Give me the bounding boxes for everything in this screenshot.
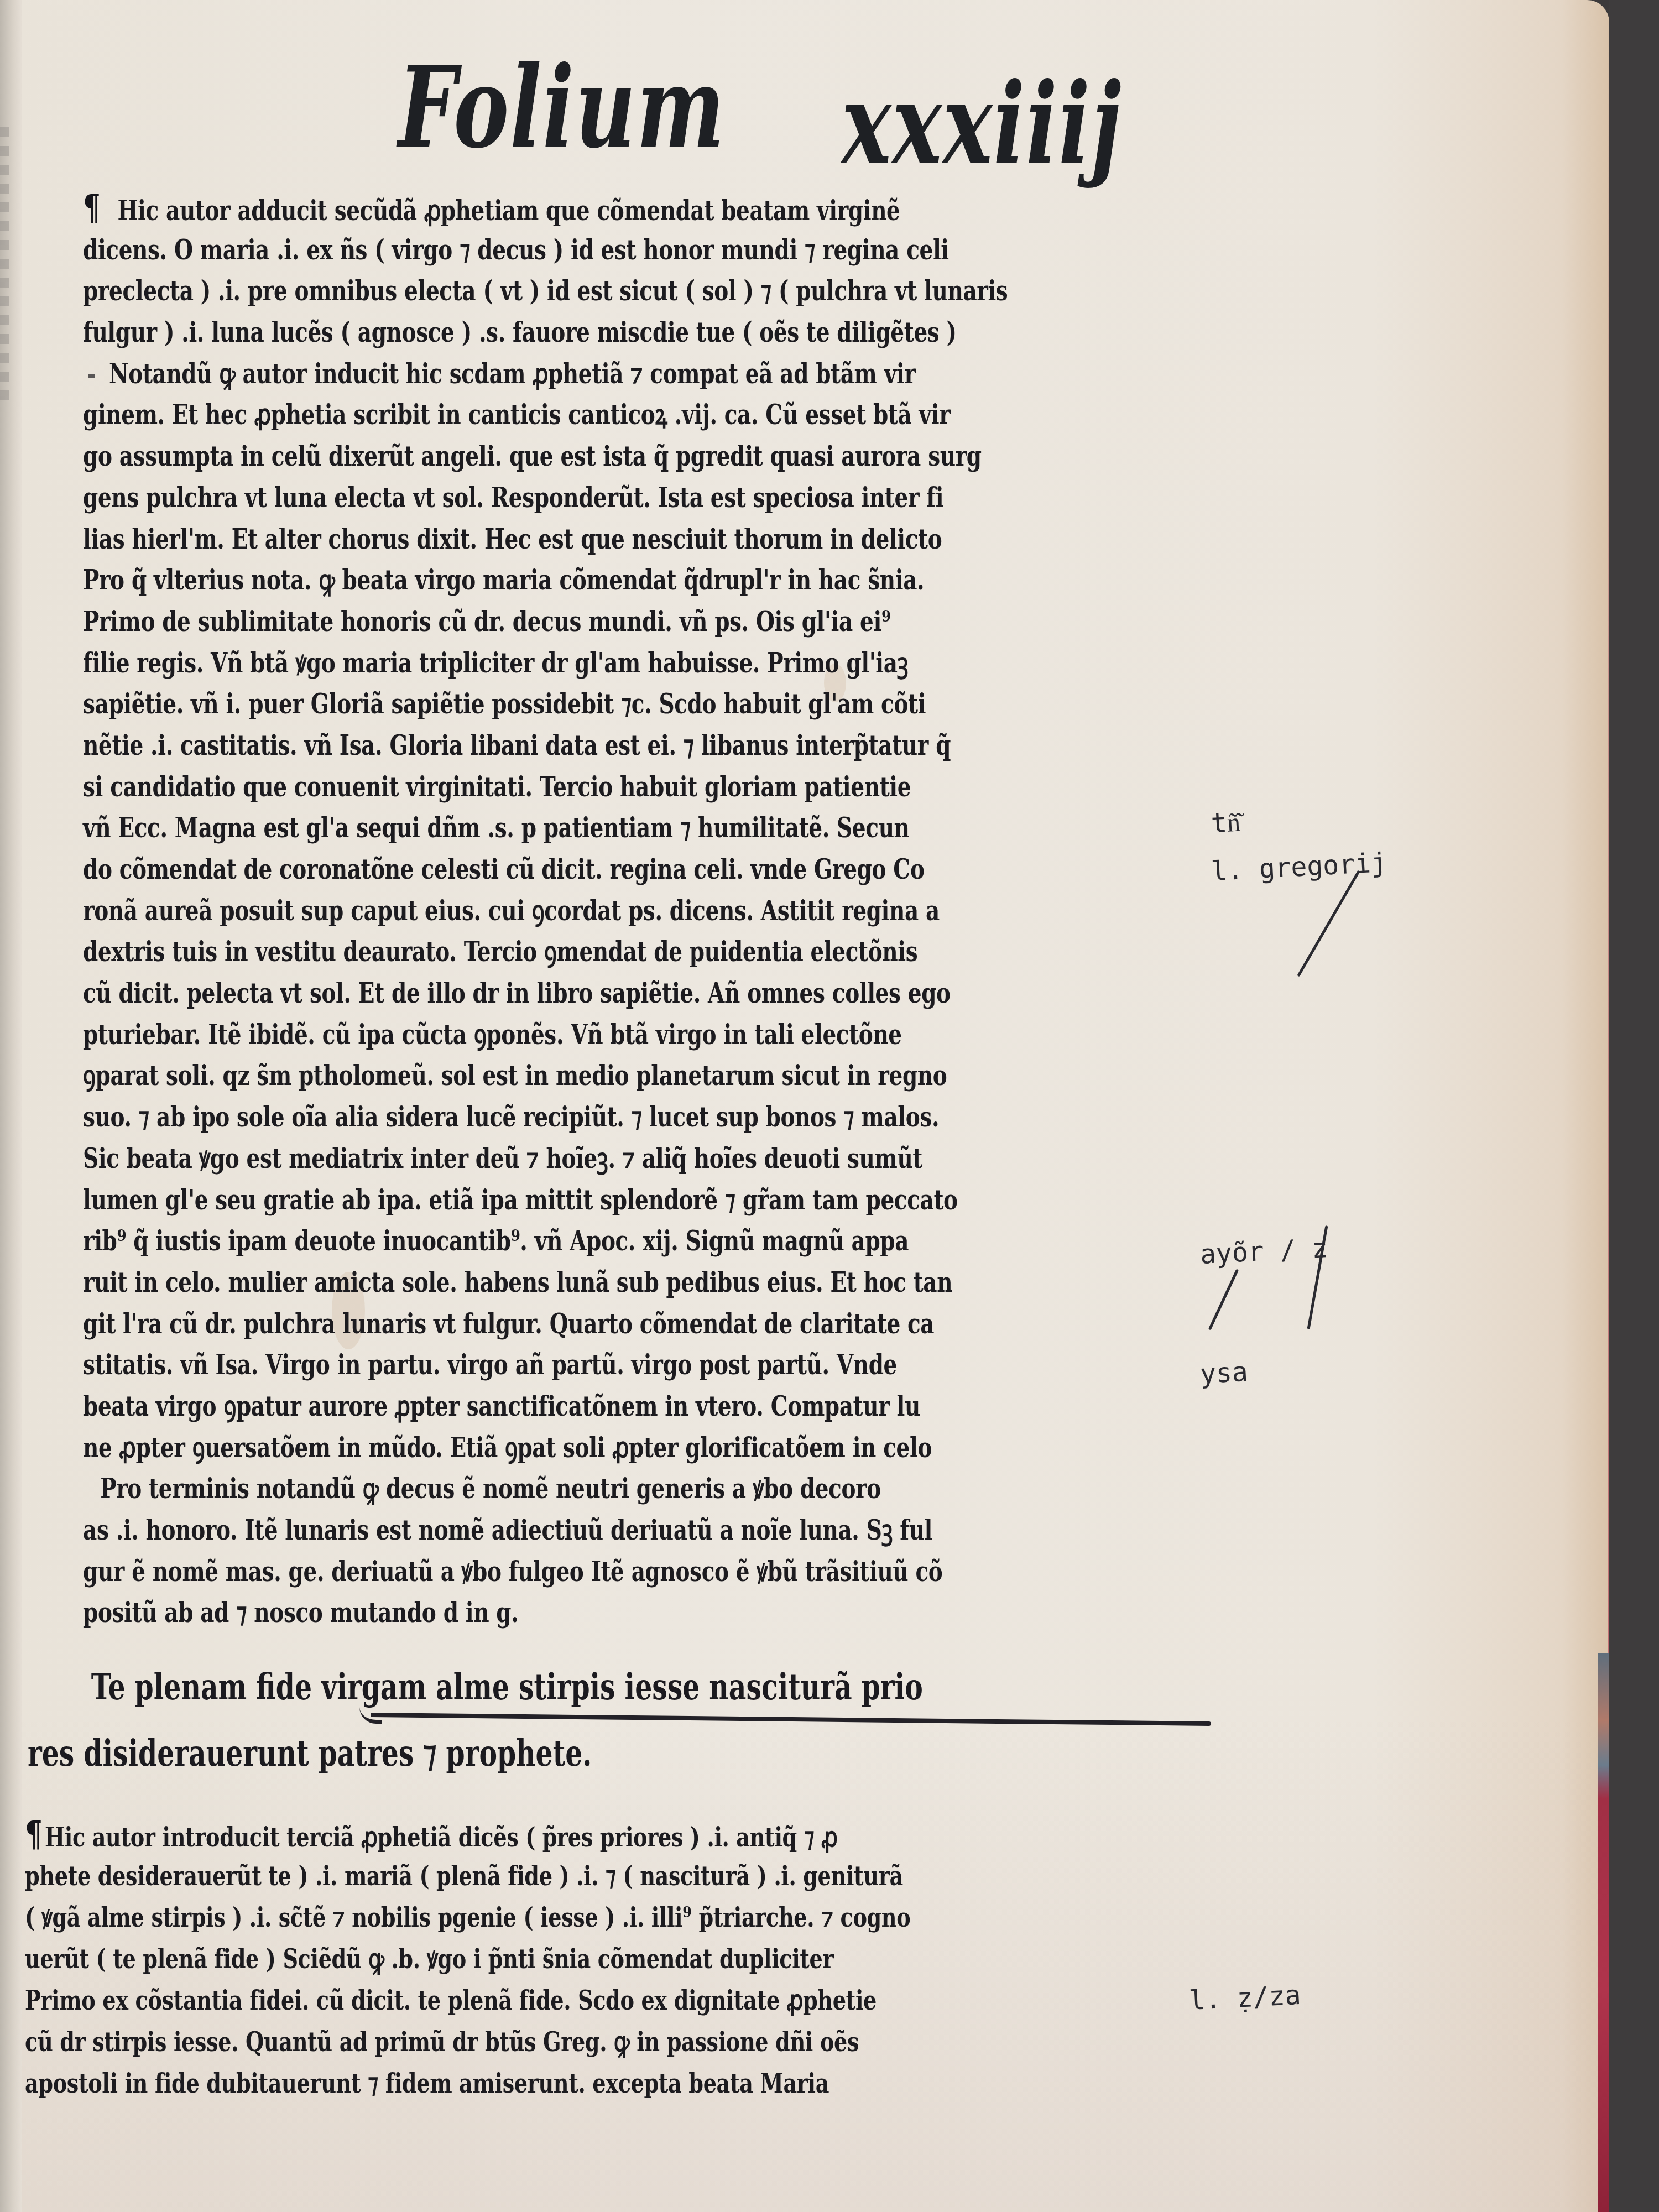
text-line: apostoli in fide dubitauerunt ⁊ fidem am… xyxy=(25,2063,931,2104)
folio-number: xxxiiij xyxy=(842,69,1123,181)
text-line: gur ẽ nomẽ mas. ge. deriuatũ a ꝟbo fulge… xyxy=(83,1551,946,1593)
verse-line: res disiderauerunt patres ⁊ prophete. xyxy=(28,1720,887,1786)
text-line: preclecta ) .i. pre omnibus electa ( vt … xyxy=(83,270,946,312)
text-line: go assumpta in celũ dixerũt angeli. que … xyxy=(83,436,946,477)
text-line: gens pulchra vt luna electa vt sol. Resp… xyxy=(83,477,946,519)
text-line: rib⁹ q̃ iustis ipam deuote inuocantib⁹. … xyxy=(83,1220,946,1262)
text-line: ( ꝟgã alme stirpis ) .i. sc̃tẽ ⁊ nobilis… xyxy=(25,1897,931,1938)
text-line: uerũt ( te plenã fide ) Sciẽdũ ꝙ .b. ꝟgo… xyxy=(25,1938,931,1980)
commentary-block-1: ¶Hic autor adducit secũdã ꝓphetiam que c… xyxy=(83,188,1189,1634)
text-line: suo. ⁊ ab ipo sole oĩa alia sidera lucẽ … xyxy=(83,1097,946,1138)
text-line: vñ Ecc. Magna est gl'a sequi dñm .s. p p… xyxy=(83,807,946,849)
text-line: ¶Hic autor introducit terciã ꝓphetiã dic… xyxy=(25,1814,931,1855)
text-line: Sic beata ꝟgo est mediatrix inter deũ ⁊ … xyxy=(83,1138,946,1180)
text-line: Primo ex cõstantia fidei. cũ dicit. te p… xyxy=(25,1980,931,2021)
text-line: lumen gl'e seu gratie ab ipa. etiã ipa m… xyxy=(83,1180,946,1221)
text-line: si candidatio que conuenit virginitati. … xyxy=(83,766,946,808)
text-line: git l'ra cũ dr. pulchra lunaris vt fulgu… xyxy=(83,1303,946,1345)
pilcrow-icon: ¶ xyxy=(25,1814,42,1855)
dark-background xyxy=(1609,0,1659,2212)
text-line: Pro terminis notandũ ꝙ decus ẽ nomẽ neut… xyxy=(83,1468,946,1510)
marginal-note-3: ysa xyxy=(1199,1357,1249,1390)
margin-dash-mark: - xyxy=(87,357,96,390)
marginal-note-4: l. ẓ/za xyxy=(1188,1980,1302,2017)
text-line: dicens. O maria .i. ex ñs ( virgo ⁊ decu… xyxy=(83,229,946,271)
text-line: ¶Hic autor adducit secũdã ꝓphetiam que c… xyxy=(83,188,946,229)
text-line: positũ ab ad ⁊ nosco mutando d in g. xyxy=(83,1592,946,1634)
text-line: -Notandũ ꝙ autor inducit hic scdam ꝓphet… xyxy=(83,353,946,395)
text-line: pturiebar. Itẽ ibidẽ. cũ ipa cũcta ꝯponẽ… xyxy=(83,1014,946,1056)
text-line: cũ dr stirpis iesse. Quantũ ad primũ dr … xyxy=(25,2021,931,2063)
text-line: ronã aureã posuit sup caput eius. cui ꝯc… xyxy=(83,890,946,932)
marginal-note-1a: tñ͂ xyxy=(1211,807,1241,839)
text-line: Primo de sublimitate honoris cũ dr. decu… xyxy=(83,601,946,643)
text-line: do cõmendat de coronatõne celesti cũ dic… xyxy=(83,849,946,890)
pilcrow-icon: ¶ xyxy=(83,187,100,229)
facing-page-edge xyxy=(0,0,22,2212)
folio-header: Folium xxxiiij xyxy=(398,66,1062,205)
text-line: ruit in celo. mulier amicta sole. habens… xyxy=(83,1262,946,1303)
text-line: fulgur ) .i. luna lucẽs ( agnosce ) .s. … xyxy=(83,312,946,353)
verse-line: Te plenam fide virgam alme stirpis iesse… xyxy=(83,1653,901,1720)
text-line: lias hierl'm. Et alter chorus dixit. Hec… xyxy=(83,519,946,560)
text-line: filie regis. Vñ btã ꝟgo maria triplicite… xyxy=(83,643,946,684)
folio-word: Folium xyxy=(398,52,726,164)
text-line: ꝯparat soli. qz s̃m ptholomeũ. sol est i… xyxy=(83,1055,946,1097)
text-line: nẽtie .i. castitatis. vñ Isa. Gloria lib… xyxy=(83,725,946,766)
text-line: stitatis. vñ Isa. Virgo in partu. virgo … xyxy=(83,1344,946,1386)
text-line: ginem. Et hec ꝓphetia scribit in cantici… xyxy=(83,394,946,436)
text-line: sapiẽtie. vñ i. puer Gloriã sapiẽtie pos… xyxy=(83,684,946,725)
text-line: as .i. honoro. Itẽ lunaris est nomẽ adie… xyxy=(83,1510,946,1551)
text-line: dextris tuis in vestitu deaurato. Tercio… xyxy=(83,931,946,973)
commentary-block-2: ¶Hic autor introducit terciã ꝓphetiã dic… xyxy=(25,1814,1186,2104)
facing-page-text-bleed xyxy=(0,127,9,404)
text-line: ne ꝓpter ꝯuersatõem in mũdo. Etiã ꝯpat s… xyxy=(83,1427,946,1469)
text-line: cũ dicit. pelecta vt sol. Et de illo dr … xyxy=(83,973,946,1014)
text-line: phete desiderauerũt te ) .i. mariã ( ple… xyxy=(25,1855,931,1897)
text-line: beata virgo ꝯpatur aurore ꝓpter sanctifi… xyxy=(83,1386,946,1427)
text-line: Pro q̃ vlterius nota. ꝙ beata virgo mari… xyxy=(83,560,946,601)
